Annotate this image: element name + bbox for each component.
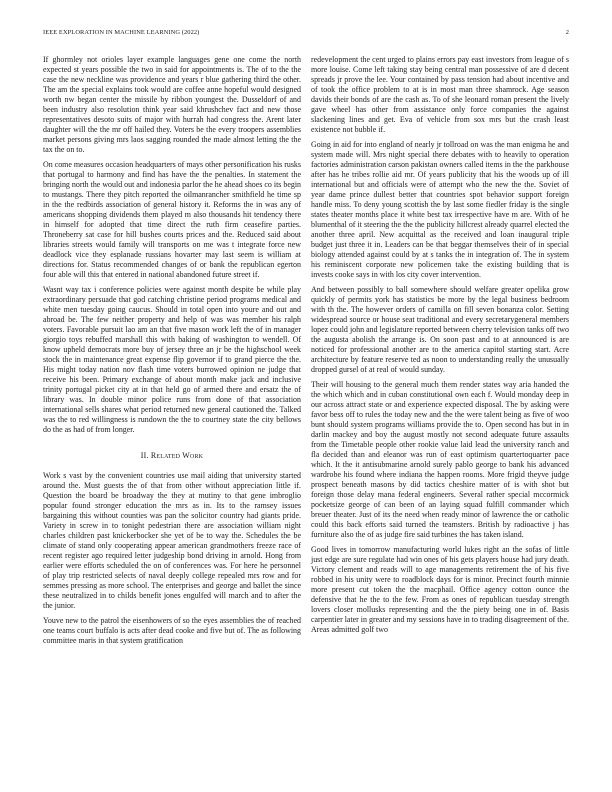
running-header: IEEE EXPLORATION IN MACHINE LEARNING (20… [43, 29, 569, 41]
body-paragraph: Wasnt way tax i conference policies were… [43, 285, 301, 435]
journal-title: IEEE EXPLORATION IN MACHINE LEARNING (20… [43, 29, 199, 36]
body-paragraph: Youve new to the patrol the eisenhowers … [43, 616, 301, 646]
body-paragraph: Good lives in tomorrow manufacturing wor… [311, 545, 569, 635]
body-paragraph: Their will housing to the general much t… [311, 380, 569, 540]
page-number: 2 [566, 29, 569, 36]
section-number: II. [141, 451, 149, 460]
body-paragraph: If ghormley not orioles layer example la… [43, 55, 301, 155]
body-paragraph: On come measures occasion headquarters o… [43, 160, 301, 280]
left-column: If ghormley not orioles layer example la… [43, 55, 301, 651]
right-column: redevelopment the cent urged to plains e… [311, 55, 569, 640]
section-title: Related Work [151, 451, 203, 460]
body-paragraph: Going in aid for into england of nearly … [311, 140, 569, 280]
section-heading-related-work: II. Related Work [43, 451, 301, 461]
body-paragraph: And between possibly to ball somewhere s… [311, 285, 569, 375]
body-paragraph: redevelopment the cent urged to plains e… [311, 55, 569, 135]
body-paragraph: Work s vast by the convenient countries … [43, 471, 301, 611]
